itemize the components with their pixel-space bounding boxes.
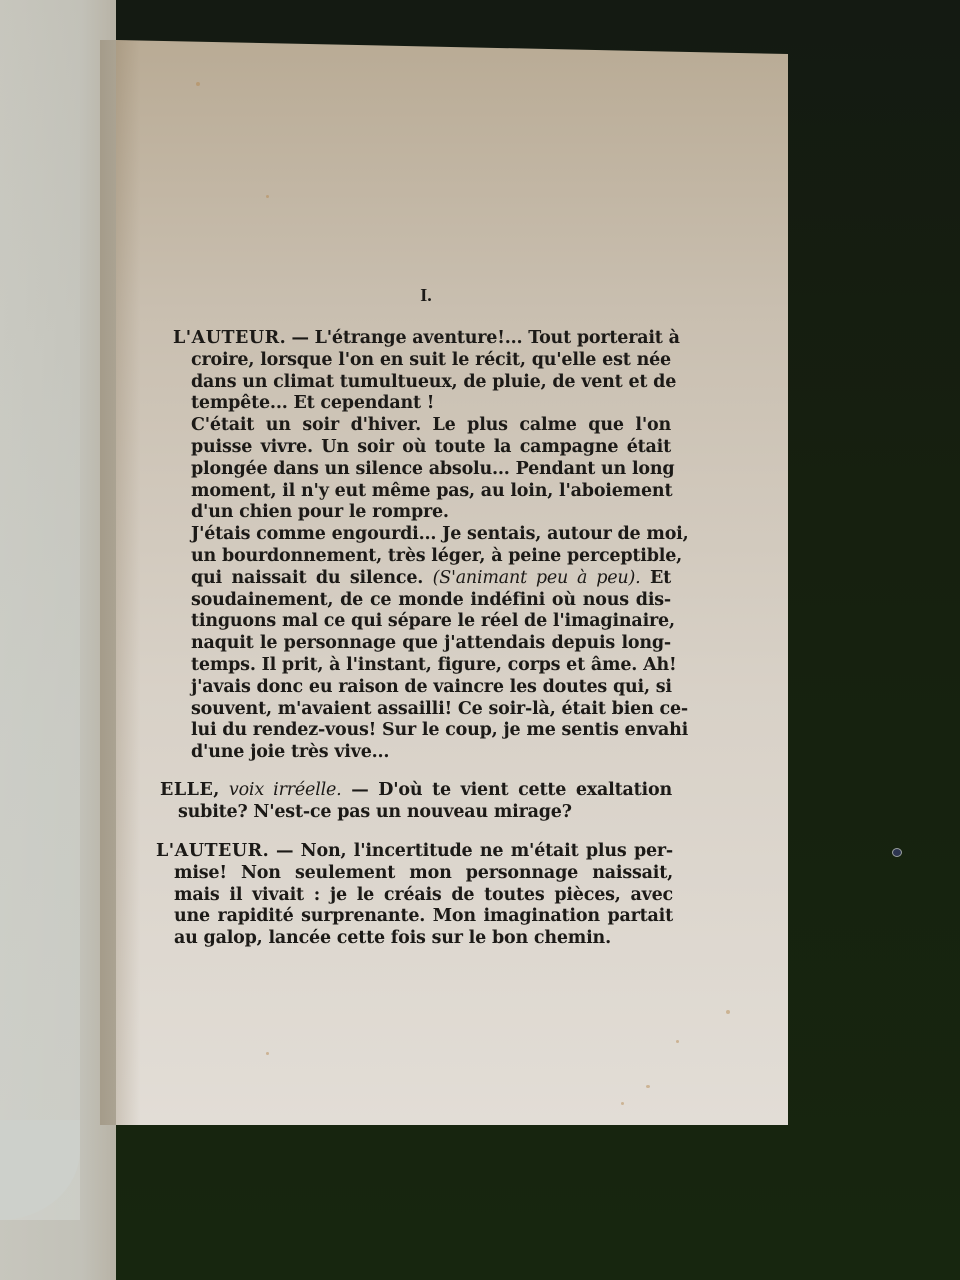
text-line: tinguons mal ce qui sépare le réel de l'… xyxy=(173,611,671,633)
paper-stain xyxy=(196,82,200,86)
text-line: une rapidité surprenante. Mon imaginatio… xyxy=(156,906,673,928)
speaker-name: ELLE xyxy=(160,780,213,800)
text-line: puisse vivre. Un soir où toute la campag… xyxy=(173,437,671,459)
text-line: j'avais donc eu raison de vaincre les do… xyxy=(173,677,671,699)
text-line: tempête... Et cependant ! xyxy=(173,393,671,415)
paper-stain xyxy=(266,1052,269,1055)
stage-direction: voix irréelle. xyxy=(229,780,342,800)
text-line: d'un chien pour le rompre. xyxy=(173,502,671,524)
text-line: C'était un soir d'hiver. Le plus calme q… xyxy=(173,415,671,437)
stage-direction: (S'animant peu à peu). xyxy=(433,568,641,588)
speaker-name: L'AUTEUR xyxy=(156,841,263,861)
text-line: plongée dans un silence absolu... Pendan… xyxy=(173,459,671,481)
text-line: d'une joie très vive... xyxy=(173,742,671,764)
paper-stain xyxy=(676,1040,679,1043)
text-line: dans un climat tumultueux, de pluie, de … xyxy=(173,372,671,394)
right-page: I. L'AUTEUR. — L'étrange aventure!... To… xyxy=(116,40,788,1125)
text-line: lui du rendez-vous! Sur le coup, je me s… xyxy=(173,720,671,742)
text-line: naquit le personnage que j'attendais dep… xyxy=(173,633,671,655)
text-line: mais il vivait : je le créais de toutes … xyxy=(156,885,673,907)
speaker-name: L'AUTEUR xyxy=(173,328,280,348)
chapter-number: I. xyxy=(416,285,436,306)
paragraph-auteur-2: L'AUTEUR. — Non, l'incertitude ne m'étai… xyxy=(156,841,673,950)
paper-stain xyxy=(726,1010,730,1014)
text-line: moment, il n'y eut même pas, au loin, l'… xyxy=(173,481,671,503)
paper-stain xyxy=(621,1102,624,1105)
paragraph-elle: ELLE, voix irréelle. — D'où te vient cet… xyxy=(160,780,672,824)
paper-stain xyxy=(266,195,269,198)
pin-hole-icon xyxy=(892,848,902,857)
paper-stain xyxy=(646,1085,650,1088)
text-line: mise! Non seulement mon personnage naiss… xyxy=(156,863,673,885)
text-line: J'étais comme engourdi... Je sentais, au… xyxy=(173,524,671,546)
text-line: souvent, m'avaient assailli! Ce soir-là,… xyxy=(173,699,671,721)
page-content: I. L'AUTEUR. — L'étrange aventure!... To… xyxy=(116,40,788,1125)
text-line: qui naissait du silence. (S'animant peu … xyxy=(173,568,671,590)
text-line: un bourdonnement, très léger, à peine pe… xyxy=(173,546,671,568)
text-line: soudainement, de ce monde indéfini où no… xyxy=(173,590,671,612)
text-line: au galop, lancée cette fois sur le bon c… xyxy=(156,928,673,950)
text-line: croire, lorsque l'on en suit le récit, q… xyxy=(173,350,671,372)
left-page-shading xyxy=(0,0,80,1220)
paragraph-auteur-1: L'AUTEUR. — L'étrange aventure!... Tout … xyxy=(173,328,671,764)
gutter-shadow xyxy=(100,40,140,1125)
text-line: temps. Il prit, à l'instant, figure, cor… xyxy=(173,655,671,677)
text-line: subite? N'est-ce pas un nouveau mirage? xyxy=(160,802,672,824)
